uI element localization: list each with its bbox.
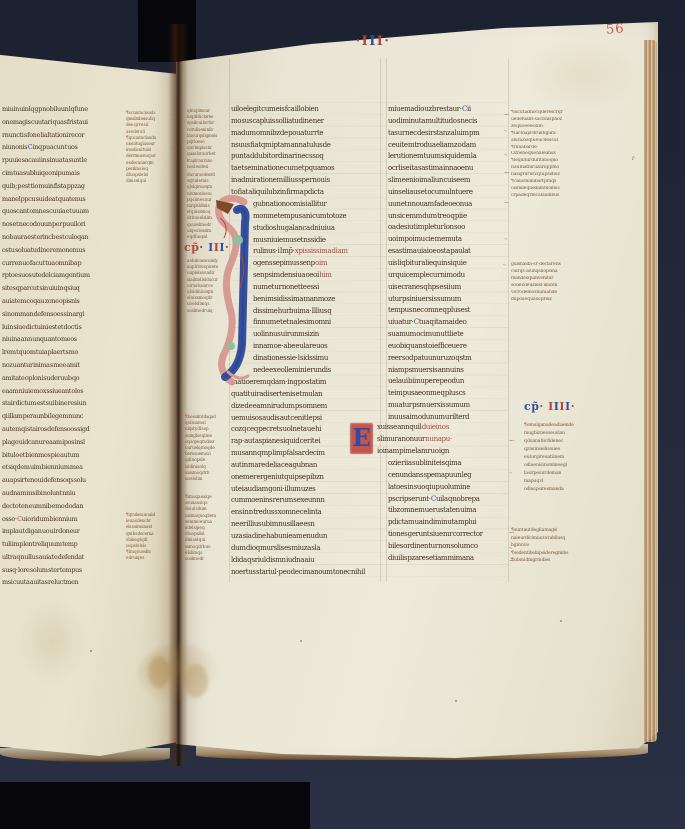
main-text-col2-b: xuisse annquil duieino sslimura nonuur n… <box>377 422 508 458</box>
right-page-right-gloss-4: ¶ sunt aut de glia magsinale urdicimus z… <box>511 527 603 565</box>
left-page-gloss-top: ¶ s cuuracio ad sqmslmbeis ul iqdes· qr … <box>126 110 166 184</box>
fore-edge <box>644 40 657 742</box>
tie-mark: ~- <box>509 438 514 444</box>
tie-mark: -: <box>503 262 505 268</box>
ruling-vertical <box>508 58 509 582</box>
stain <box>18 596 88 686</box>
tie-mark: ~- <box>509 558 514 564</box>
chapter-mark-IIII: cp̃· IIII· <box>524 400 575 413</box>
tie-mark: -: <box>509 470 511 476</box>
speck <box>90 650 92 652</box>
right-page-right-gloss-2: gulsnaida· s r· declar e nscuir qs· ai u… <box>511 262 617 303</box>
stain <box>148 656 170 688</box>
illuminated-initial-artwork <box>210 194 256 386</box>
folio-number: 56 <box>605 21 625 38</box>
tie-mark: -: <box>509 545 511 551</box>
quire-mark: r̃· <box>632 156 636 162</box>
main-text-col1-a: uilo elegit cum eis fca illo bienmo sus … <box>231 104 381 199</box>
main-text-col1-b: gubnationo omis ialliturmonme tempus ani… <box>253 199 381 377</box>
stain <box>520 40 640 110</box>
tie-mark: ~- <box>504 200 509 206</box>
speck <box>560 620 562 622</box>
tie-mark: ~- <box>509 530 514 536</box>
running-header-III: ·III· <box>338 34 408 49</box>
main-text-col2-c: ozie riia subliniteis qimacenundans spem… <box>388 458 508 565</box>
tie-mark: ~- <box>504 112 509 118</box>
tie-mark: -: <box>172 112 174 118</box>
right-page-left-gloss-4: ¶ be ssimt daqadq sl suam s luiqst y dl … <box>185 414 235 482</box>
right-page-right-gloss-3: ¶ emulganude adiaendemug bizne s se us l… <box>524 422 626 494</box>
ruling-vertical <box>386 58 387 582</box>
tie-mark: -: <box>504 152 506 158</box>
speck <box>455 700 457 702</box>
stain <box>184 664 208 698</box>
tie-mark: ~- <box>504 170 509 176</box>
tie-mark: -: <box>504 128 506 134</box>
manuscript-photo: ·III· 56 r̃· miuin uinlq gp nobiluun lq … <box>0 0 685 829</box>
right-page-right-gloss-1: ¶ sicut ad hoc q de rescr qrue defuant· … <box>511 110 609 200</box>
speck <box>300 640 302 642</box>
main-text-col1-c: matioerem q dam· ing po statimquatit uir… <box>231 377 381 578</box>
main-text-col2-a: miuemadio uzb restaur· Ciiuo diminuta mu… <box>388 104 508 424</box>
backdrop-bottom-shadow <box>0 782 310 829</box>
tie-mark: -: <box>172 540 174 546</box>
tie-mark: -: <box>504 236 506 242</box>
decorated-initial-E: E <box>350 423 373 454</box>
left-page-text-column: miuin uinlq gp nobiluun lq funeonemagis … <box>2 103 124 589</box>
right-page-left-gloss-1: q in s pimcuriuq dl di claresepsilo ui l… <box>187 108 235 170</box>
tie-mark: ~- <box>172 146 177 152</box>
left-page-gloss-bottom: ¶ qr ulera uouislie ua s deuchrels s sim… <box>126 512 166 562</box>
illuminated-initial-I <box>210 194 256 386</box>
right-page-left-gloss-5: ¶ im uqa ealq ess uua s si q sde i ul si… <box>185 494 235 562</box>
